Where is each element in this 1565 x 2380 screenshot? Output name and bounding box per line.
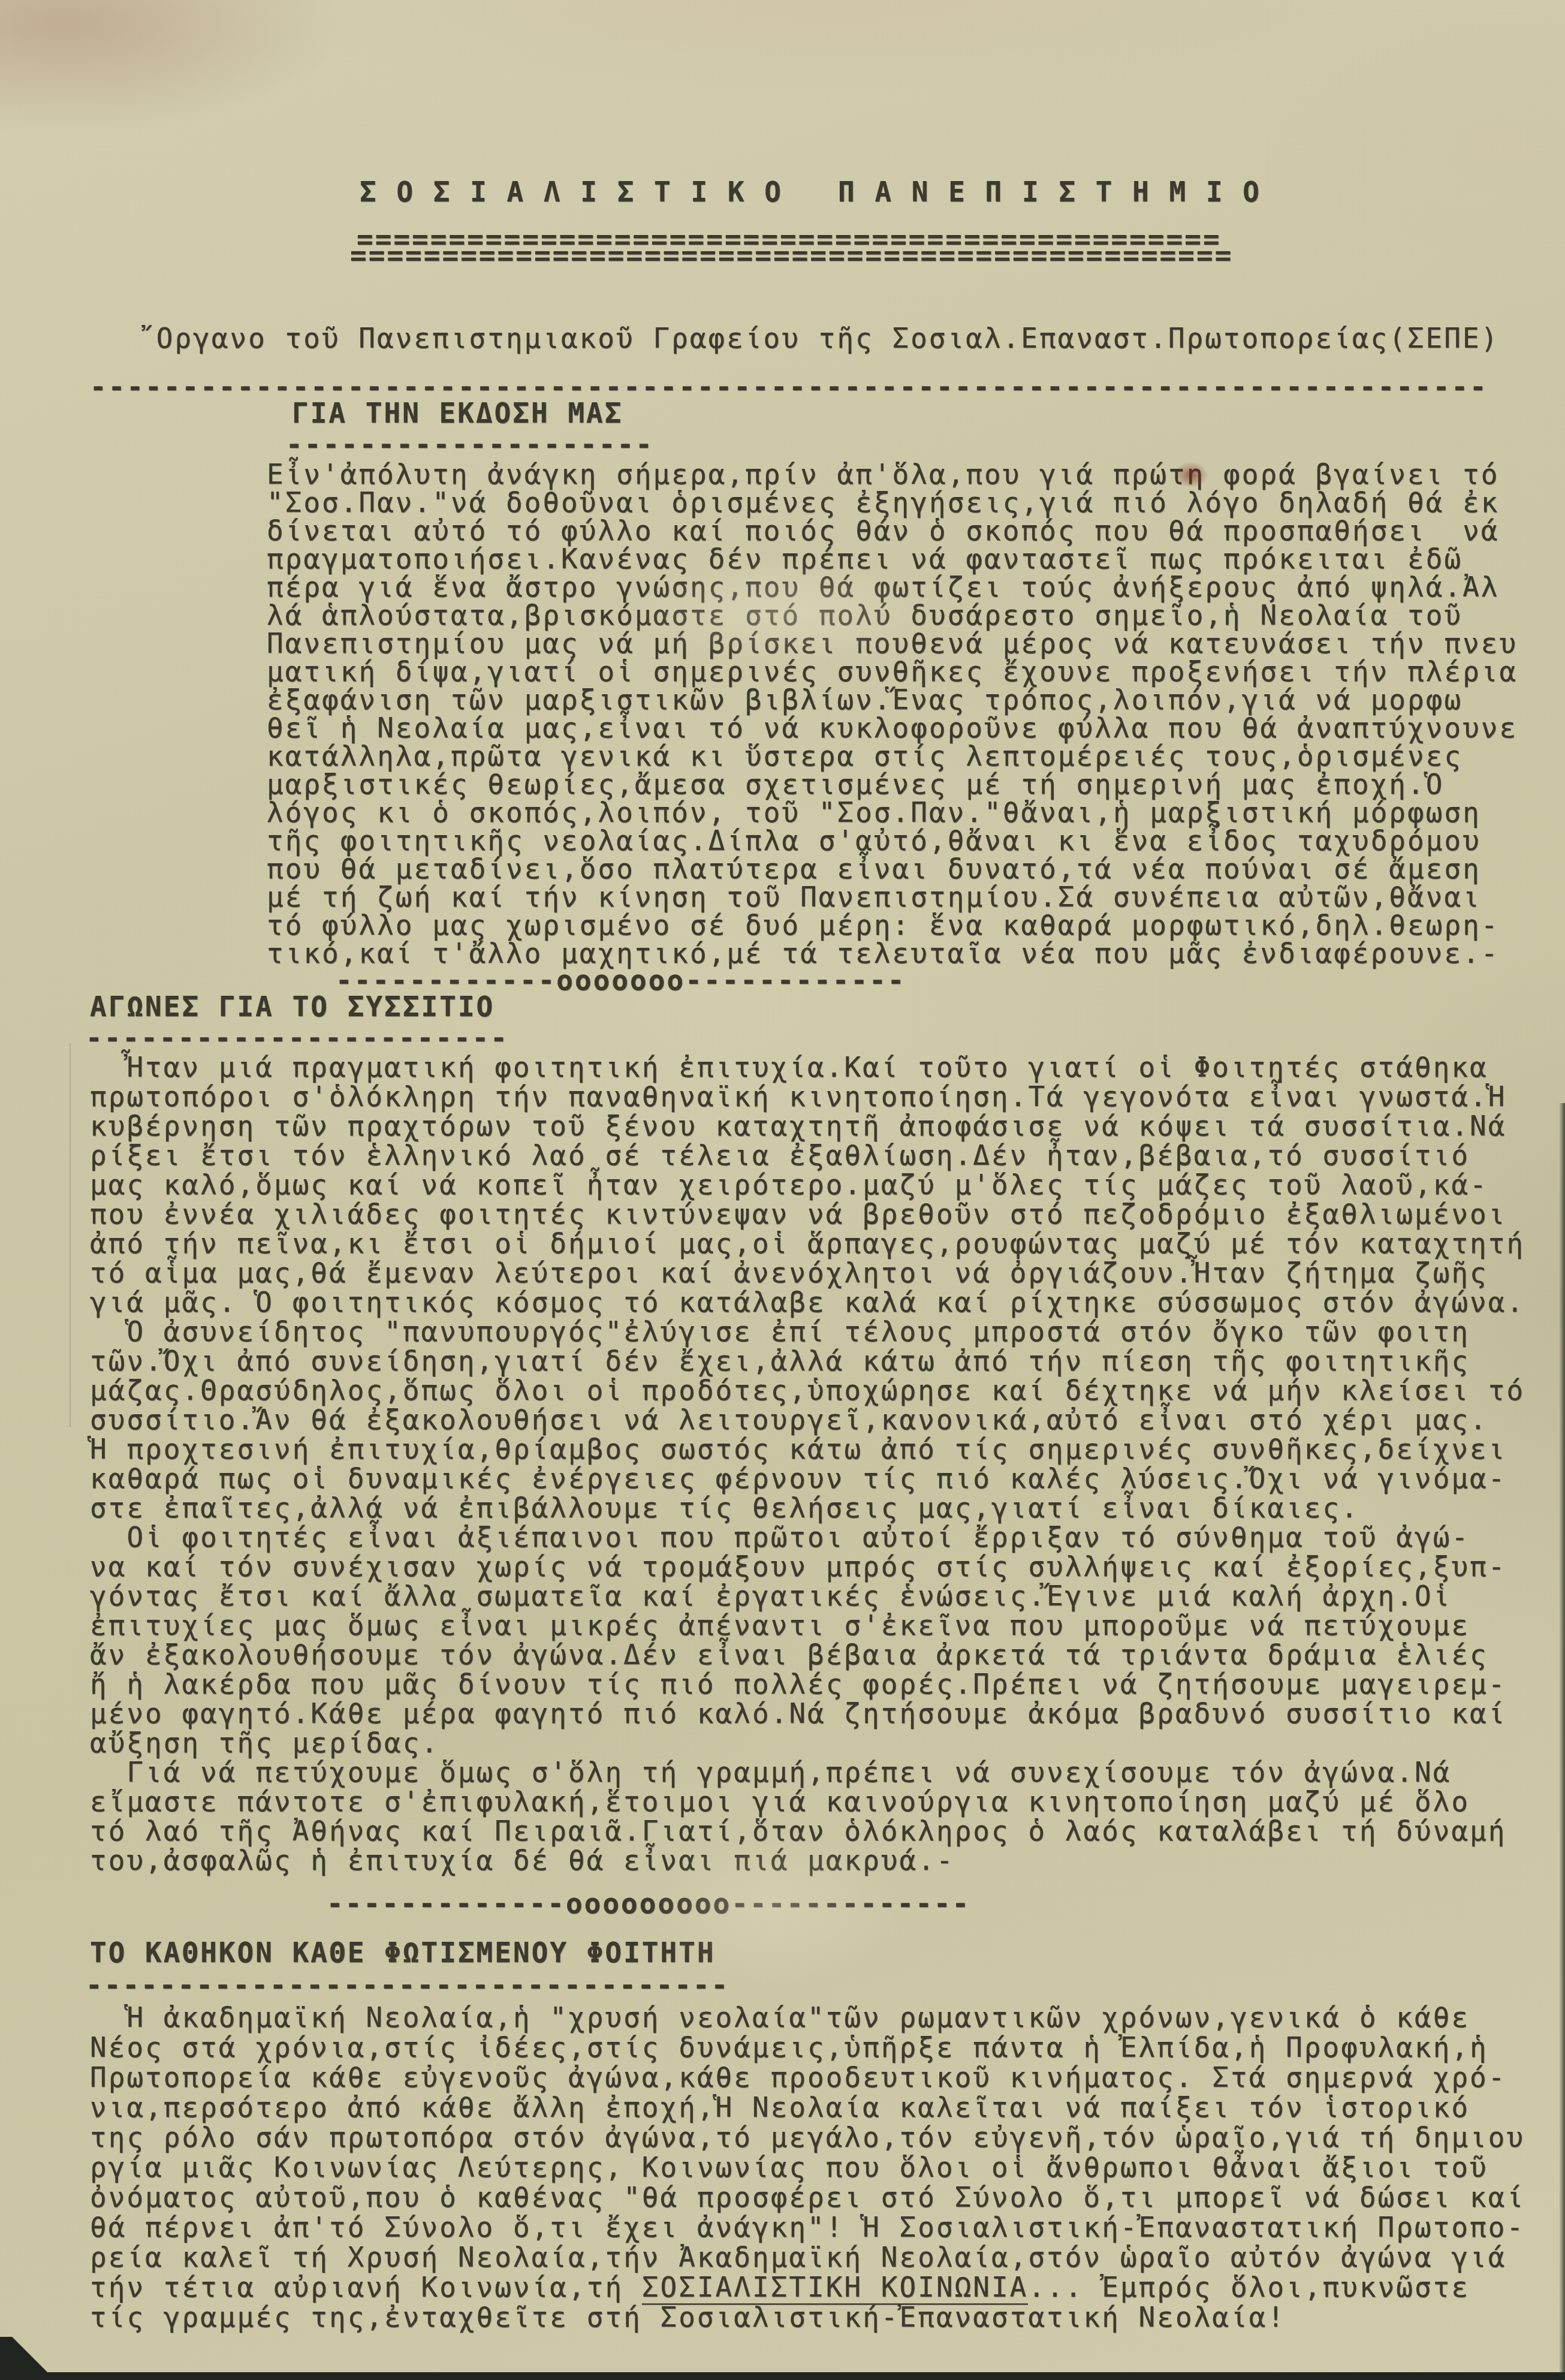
- paper-stain: [647, 1828, 899, 1984]
- section-3-heading: ΤΟ ΚΑΘΗΚΟΝ ΚΑΘΕ ΦΩΤΙΣΜΕΝΟΥ ΦΟΙΤΗΤΗ: [90, 1936, 716, 1969]
- text-line: τό φύλλο μας χωρισμένο σέ δυό μέρη: ἕνα …: [267, 911, 1518, 939]
- section-1-body: Εἶν'ἀπόλυτη ἀνάγκη σήμερα,πρίν ἀπ'ὅλα,πο…: [267, 460, 1518, 968]
- text-line: Νέος στά χρόνια,στίς ἰδέες,στίς δυνάμεις…: [90, 2032, 1525, 2062]
- text-line: ρεία καλεῖ τή Χρυσή Νεολαία,τήν Ἀκαδημαϊ…: [90, 2242, 1525, 2272]
- text-line: Ὁ ἀσυνείδητος "πανυπουργός"ἐλύγισε ἐπί τ…: [90, 1317, 1525, 1346]
- text-line: στε ἐπαῖτες,ἀλλά νά ἐπιβάλλουμε τίς θελή…: [90, 1493, 1525, 1523]
- text-line: της ρόλο σάν πρωτοπόρα στόν ἀγώνα,τό μεγ…: [90, 2122, 1525, 2152]
- text-line: συσσίτιο.Ἄν θά ἐξακολουθήσει νά λειτουργ…: [90, 1405, 1525, 1435]
- text-line: αὔξηση τῆς μερίδας.: [90, 1728, 1525, 1758]
- text-line: ὀνόματος αὐτοῦ,που ὁ καθένας "θά προσφέρ…: [90, 2182, 1525, 2212]
- text-line: εἴμαστε πάντοτε σ'ἐπιφυλακή,ἕτοιμοι γιά …: [90, 1787, 1525, 1816]
- text-line: κυβέρνηση τῶν πραχτόρων τοῦ ξένου καταχτ…: [90, 1111, 1525, 1141]
- scanned-document-page: Σ Ο Σ Ι Α Λ Ι Σ Τ Ι Κ Ο Π Α Ν Ε Π Ι Σ Τ …: [0, 0, 1565, 2380]
- text-line: ρίξει ἔτσι τόν ἑλληνικό λαό σέ τέλεια ἐξ…: [90, 1141, 1525, 1170]
- text-line: γόντας ἔτσι καί ἄλλα σωματεῖα καί ἐργατι…: [90, 1581, 1525, 1611]
- text-line: Εἶν'ἀπόλυτη ἀνάγκη σήμερα,πρίν ἀπ'ὅλα,πο…: [267, 460, 1518, 489]
- section-3-heading-underline: -----------------------------------: [86, 1969, 729, 2001]
- scan-edge-right: [1559, 1103, 1565, 2380]
- red-ink-smudge: [1174, 462, 1208, 488]
- text-line: κατάλληλα,πρῶτα γενικά κι ὕστερα στίς λε…: [267, 742, 1518, 770]
- text-line: τήν τέτια αὐριανή Κοινωνία,τή ΣΟΣΙΑΛΙΣΤΙ…: [90, 2272, 1525, 2302]
- text-line: Γιά νά πετύχουμε ὅμως σ'ὅλη τή γραμμή,πρ…: [90, 1758, 1525, 1787]
- text-line: τῆς φοιτητικῆς νεολαίας.Δίπλα σ'αὐτό,θἄν…: [267, 827, 1518, 855]
- text-line: γιά μᾶς. Ὁ φοιτητικός κόσμος τό κατάλαβε…: [90, 1288, 1525, 1317]
- text-line: μάζας.Θρασύδηλος,ὅπως ὅλοι οἱ προδότες,ὑ…: [90, 1376, 1525, 1405]
- text-line: ἐπιτυχίες μας ὅμως εἶναι μικρές ἀπέναντι…: [90, 1611, 1525, 1640]
- text-line: μένο φαγητό.Κάθε μέρα φαγητό πιό καλό.Νά…: [90, 1699, 1525, 1728]
- text-line: τικό,καί τ'ἄλλο μαχητικό,μέ τά τελευταῖα…: [267, 939, 1518, 968]
- text-line: Ἦταν μιά πραγματική φοιτητική ἐπιτυχία.Κ…: [90, 1053, 1525, 1082]
- text-line: νια,περσότερο ἀπό κάθε ἄλλη ἐποχή,Ἡ Νεολ…: [90, 2092, 1525, 2122]
- masthead-subtitle: ῎Οργανο τοῦ Πανεπιστημιακοῦ Γραφείου τῆς…: [138, 322, 1499, 354]
- section-2-heading: ΑΓΩΝΕΣ ΓΙΑ ΤΟ ΣΥΣΣΙΤΙΟ: [90, 990, 494, 1023]
- text-line: Οἱ φοιτητές εἶναι ἀξιέπαινοι που πρῶτοι …: [90, 1523, 1525, 1552]
- section-1-heading: ΓΙΑ ΤΗΝ ΕΚΔΟΣΗ ΜΑΣ: [292, 397, 623, 429]
- text-line: μέ τή ζωή καί τήν κίνηση τοῦ Πανεπιστημί…: [267, 883, 1518, 911]
- masthead-title: Σ Ο Σ Ι Α Λ Ι Σ Τ Ι Κ Ο Π Α Ν Ε Π Ι Σ Τ …: [360, 176, 1261, 208]
- text-line: που ἐννέα χιλιάδες φοιτητές κιντύνεψαν ν…: [90, 1200, 1525, 1229]
- section-1-heading-underline: --------------------: [286, 428, 654, 460]
- section-2-heading-underline: -----------------------: [86, 1022, 509, 1054]
- text-line: Ἡ προχτεσινή ἐπιτυχία,θρίαμβος σωστός κά…: [90, 1435, 1525, 1464]
- text-line: λόγος κι ὁ σκοπός,λοιπόν, τοῦ "Σοσ.Παν."…: [267, 799, 1518, 827]
- text-line: Ἡ ἀκαδημαϊκή Νεολαία,ἡ "χρυσή νεολαία"τῶ…: [90, 2002, 1525, 2032]
- text-line: τό αἷμα μας,θά ἔμεναν λεύτεροι καί ἀνενό…: [90, 1258, 1525, 1288]
- text-line: ἄν ἐξακολουθήσουμε τόν ἀγώνα.Δέν εἶναι β…: [90, 1640, 1525, 1670]
- text-line: που θά μεταδίνει,ὅσο πλατύτερα εἶναι δυν…: [267, 855, 1518, 883]
- paper-stain: [629, 558, 941, 665]
- text-line: "Σοσ.Παν."νά δοθοῦναι ὁρισμένες ἐξηγήσει…: [267, 489, 1518, 517]
- scan-corner-bottom-left: [0, 2337, 81, 2380]
- text-line: θεῖ ἡ Νεολαία μας,εἶναι τό νά κυκλοφοροῦ…: [267, 714, 1518, 742]
- text-line: θά πέρνει ἀπ'τό Σύνολο ὅ,τι ἔχει ἀνάγκη"…: [90, 2212, 1525, 2242]
- text-line: τῶν.Ὄχι ἀπό συνείδηση,γιατί δέν ἔχει,ἀλλ…: [90, 1346, 1525, 1376]
- text-line: μαρξιστικές θεωρίες,ἄμεσα σχετισμένες μέ…: [267, 770, 1518, 799]
- text-line: καθαρά πως οἱ δυναμικές ἐνέργειες φέρνου…: [90, 1464, 1525, 1493]
- text-line: ἀπό τήν πεῖνα,κι ἔτσι οἱ δήμιοί μας,οἱ ἅ…: [90, 1229, 1525, 1258]
- text-line: να καί τόν συνέχισαν χωρίς νά τρομάξουν …: [90, 1552, 1525, 1581]
- text-line: Πρωτοπορεία κάθε εὐγενοῦς ἀγώνα,κάθε προ…: [90, 2062, 1525, 2092]
- text-line: μας καλό,ὅμως καί νά κοπεῖ ἦταν χειρότερ…: [90, 1170, 1525, 1200]
- text-line: δίνεται αὐτό τό φύλλο καί ποιός θάν ὁ σκ…: [267, 517, 1518, 545]
- document-content: Σ Ο Σ Ι Α Λ Ι Σ Τ Ι Κ Ο Π Α Ν Ε Π Ι Σ Τ …: [0, 0, 1565, 2380]
- text-line: ἐξαφάνιση τῶν μαρξιστικῶν βιβλίων.Ἕνας τ…: [267, 686, 1518, 714]
- section-2-body: Ἦταν μιά πραγματική φοιτητική ἐπιτυχία.Κ…: [90, 1053, 1525, 1875]
- text-line: ργία μιᾶς Κοινωνίας Λεύτερης, Κοινωνίας …: [90, 2152, 1525, 2182]
- masthead-title-underline-row2: ========================================…: [350, 239, 1233, 272]
- paper-fold-line: [70, 1043, 71, 1427]
- section-3-body: Ἡ ἀκαδημαϊκή Νεολαία,ἡ "χρυσή νεολαία"τῶ…: [90, 2002, 1525, 2332]
- text-line: τίς γραμμές της,ἐνταχθεῖτε στή Σοσιαλιστ…: [90, 2302, 1525, 2332]
- scan-edge-bottom: [0, 2372, 1565, 2380]
- text-line: πρωτοπόροι σ'ὁλόκληρη τήν παναθηναϊκή κι…: [90, 1082, 1525, 1111]
- text-line: ἤ ἡ λακέρδα που μᾶς δίνουν τίς πιό πολλέ…: [90, 1670, 1525, 1699]
